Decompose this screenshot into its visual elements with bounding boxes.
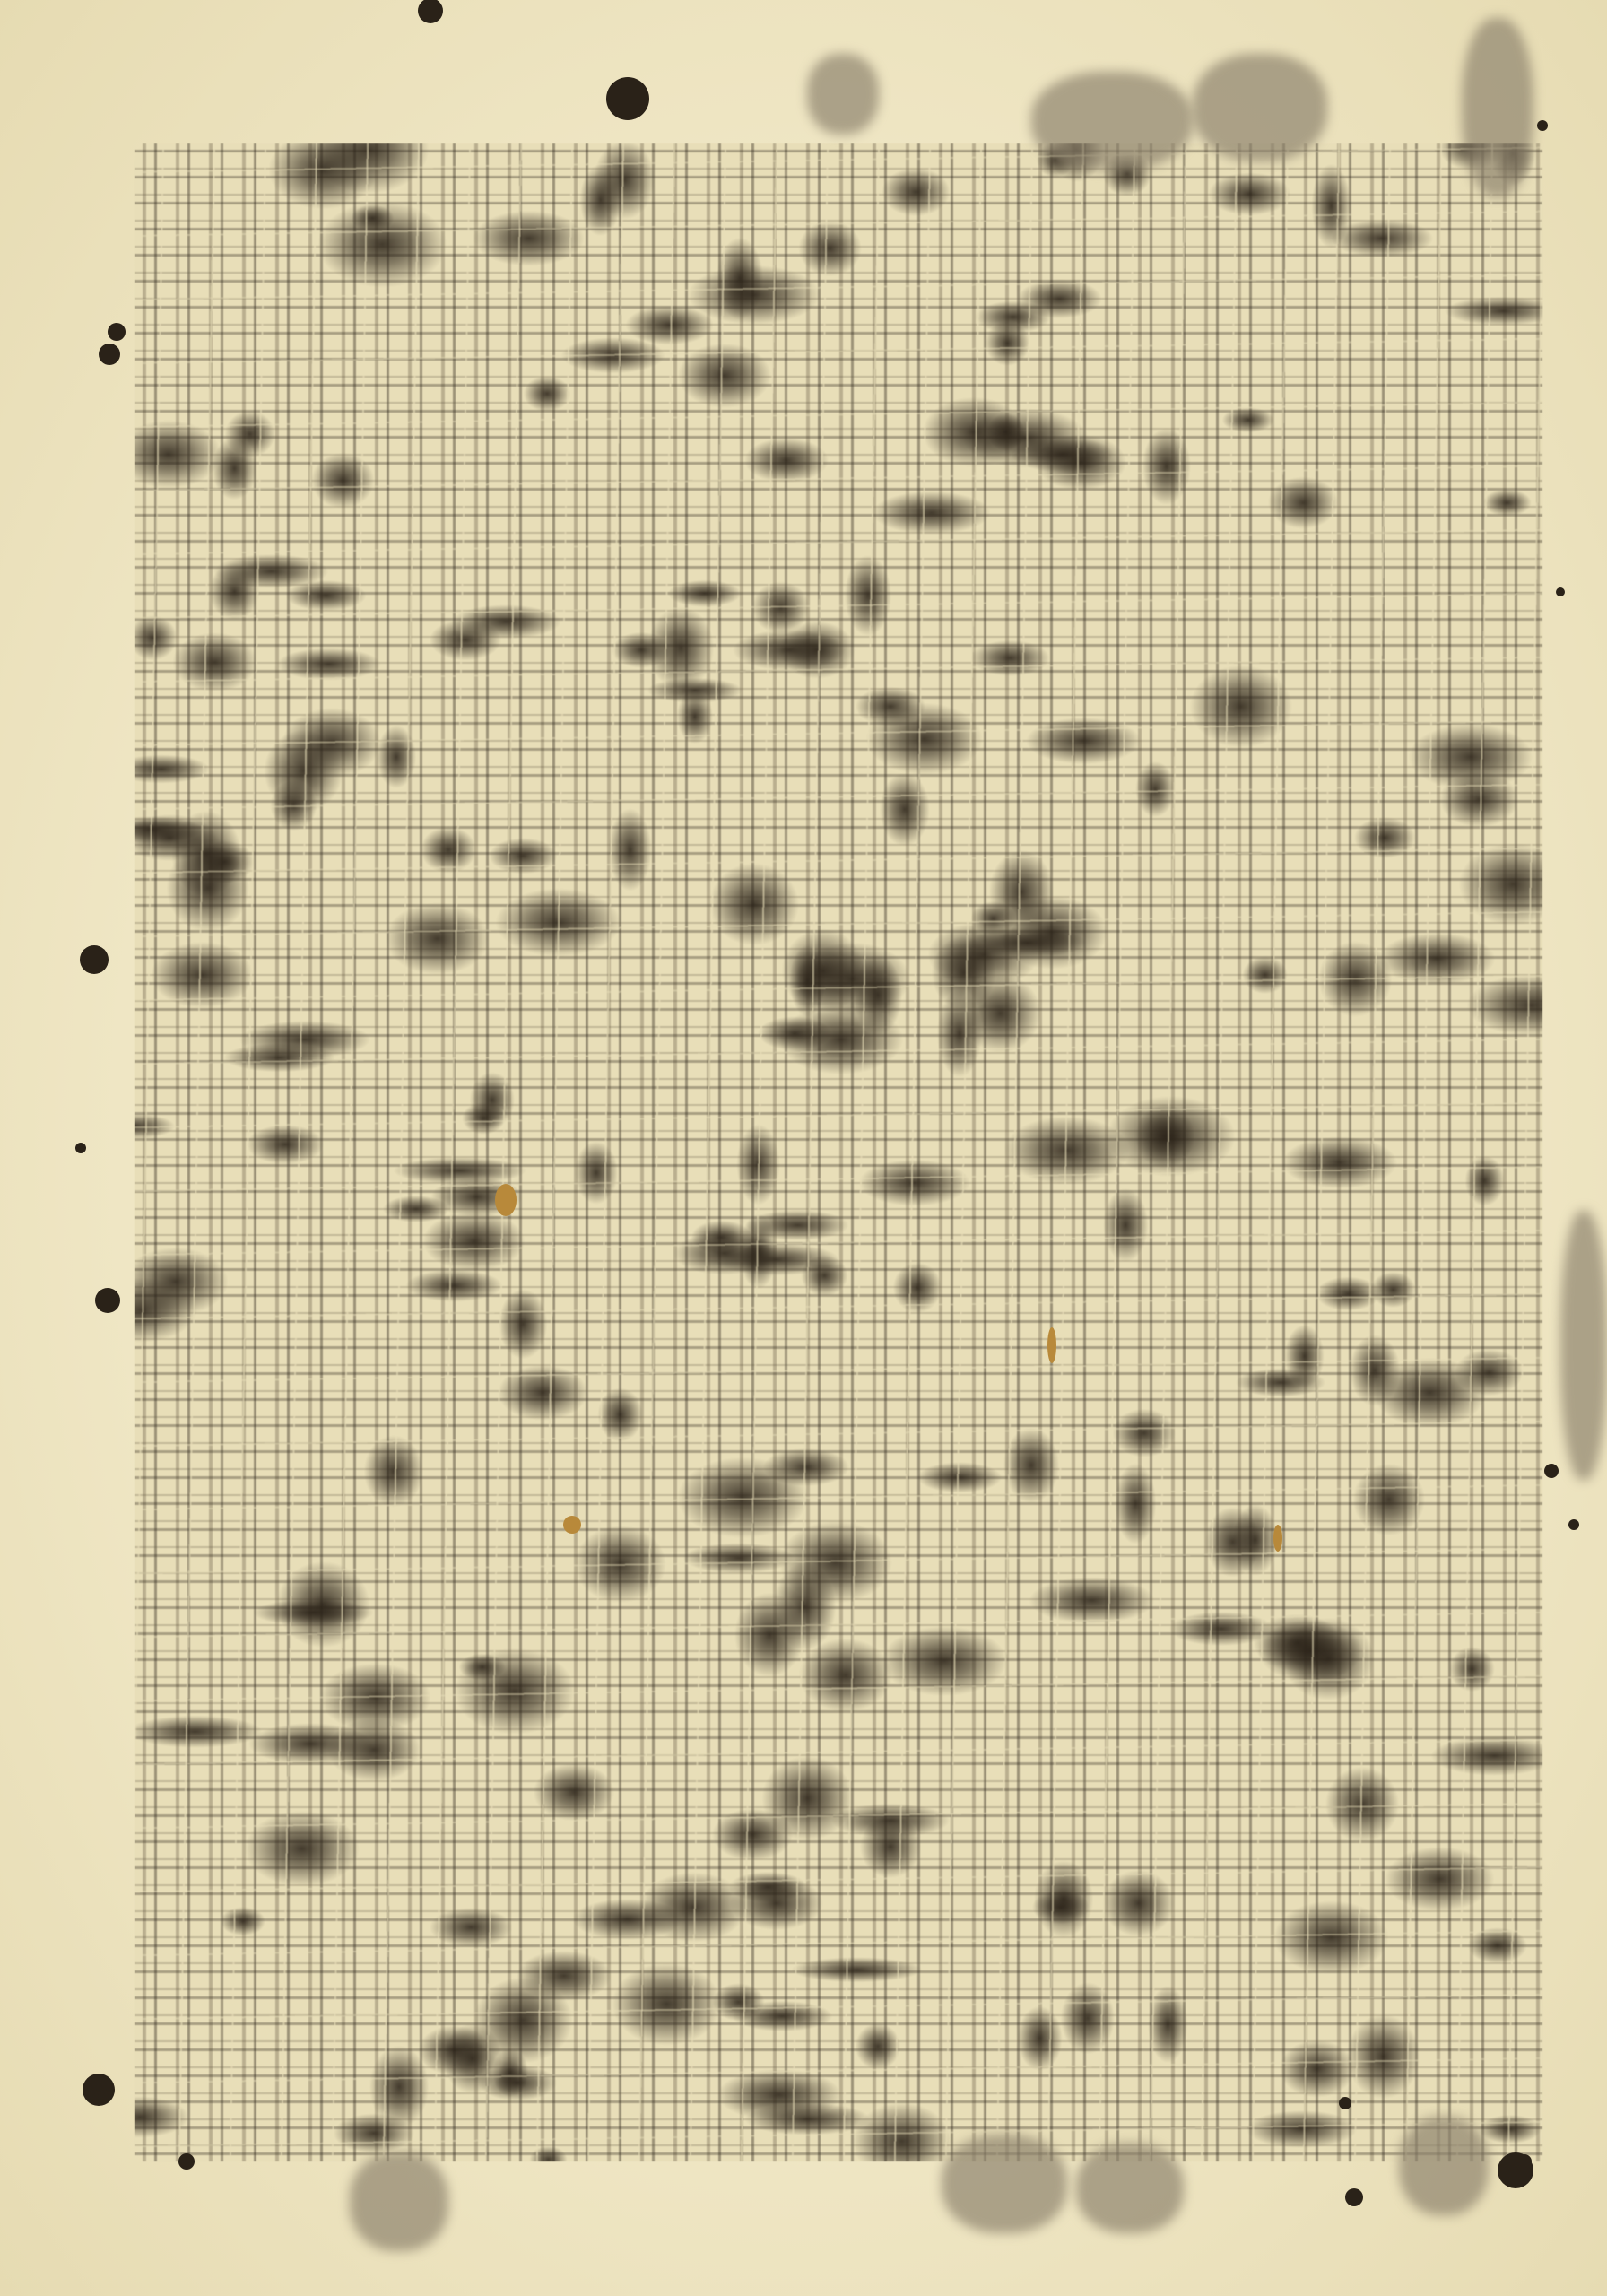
ink-splatter [83, 2074, 115, 2106]
ochre-mark [1047, 1327, 1056, 1363]
ink-splatter [1339, 2097, 1351, 2109]
ink-splatter [75, 1143, 86, 1153]
ink-splatter [95, 1288, 120, 1313]
ink-splatter [1498, 2152, 1533, 2188]
ink-splatter [1568, 1519, 1579, 1530]
light-scrapes [135, 143, 1542, 2161]
ink-splatter [178, 2153, 195, 2170]
ink-splatter [1544, 1464, 1559, 1478]
ink-wash [350, 2152, 448, 2251]
ink-wash [1399, 2117, 1489, 2215]
ink-wash [1560, 1211, 1607, 1480]
ink-splatter [1537, 120, 1548, 131]
ink-wash [1031, 72, 1193, 170]
ink-splatter [1556, 587, 1565, 596]
ink-splatter [606, 77, 649, 120]
ink-splatter [80, 945, 109, 974]
ink-splatter [99, 344, 120, 365]
ink-wash [1462, 18, 1533, 197]
ink-splatter [1345, 2188, 1363, 2206]
ink-splatter [108, 323, 126, 341]
ochre-mark [495, 1184, 517, 1216]
ochre-mark [1273, 1525, 1282, 1552]
ink-wash [807, 54, 879, 135]
ink-wash [1193, 54, 1327, 161]
ink-crosshatch-texture [135, 143, 1542, 2161]
ink-wash [1076, 2144, 1184, 2233]
ochre-mark [563, 1516, 581, 1534]
ink-wash [942, 2135, 1067, 2233]
